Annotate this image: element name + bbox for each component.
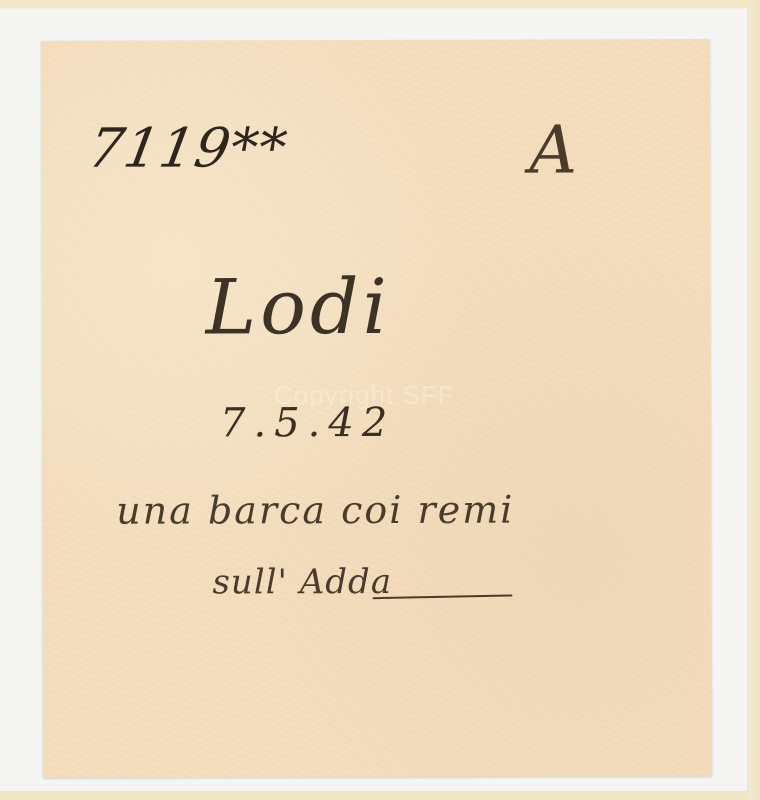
scan-stage: 7119** A Lodi Copyright SFF 7.5.42 una b… (0, 0, 760, 800)
mount-edge-strip (748, 0, 760, 800)
catalog-number: 7119** (84, 116, 292, 180)
place-name: Lodi (206, 262, 391, 351)
date: 7.5.42 (220, 400, 395, 446)
ink-underline-stroke (372, 594, 512, 599)
series-letter: A (529, 111, 578, 188)
caption-line-1: una barca coi remi (116, 488, 514, 533)
handwritten-card: 7119** A Lodi Copyright SFF 7.5.42 una b… (41, 39, 712, 778)
caption-line-2: sull' Adda (212, 562, 392, 602)
